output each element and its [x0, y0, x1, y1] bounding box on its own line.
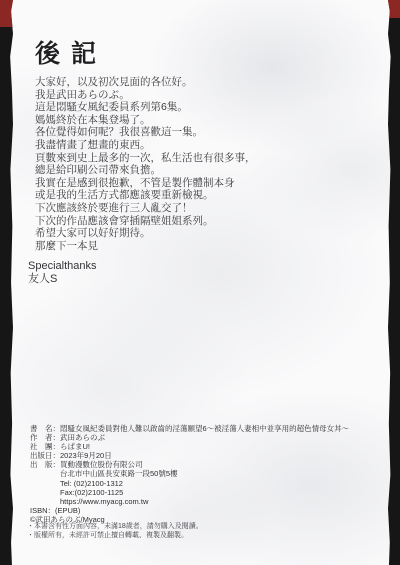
colophon-value: らぱまU!: [60, 442, 90, 451]
body-line: 各位覺得如何呢？我很喜歡這一集。: [35, 126, 256, 139]
special-thanks-label: Specialthanks: [28, 260, 97, 273]
afterword-page: 後記 大家好，以及初次見面的各位好。 我是武田あらのぶ。 這是悶騷女風紀委員系列…: [0, 0, 400, 565]
special-thanks-name: 友人S: [28, 273, 97, 286]
scan-edge-right: [388, 0, 400, 565]
colophon-row-book-title: 書 名：悶騷女風紀委員對他人難以啟齒的淫蕩願望6～被淫蕩人妻相中並享用的超色情母…: [30, 424, 349, 433]
closing-line: 那麼下一本見: [35, 238, 98, 253]
colophon-value: 2023年9月20日: [60, 451, 112, 460]
body-line: 大家好，以及初次見面的各位好。: [35, 76, 256, 89]
body-line: 頁數來到史上最多的一次，私生活也有很多事，: [35, 152, 256, 165]
body-line: 總是給印刷公司帶來負擔。: [35, 164, 256, 177]
body-line: 我盡情畫了想畫的東西。: [35, 139, 256, 152]
body-line: 或是我的生活方式都應該要重新檢視。: [35, 189, 256, 202]
isbn-value: (EPUB): [55, 506, 80, 515]
publisher-tel: Tel: (02)2100-1312: [30, 479, 349, 488]
body-line: 我實在是感到很抱歉，不管是製作體制本身: [35, 177, 256, 190]
afterword-body: 大家好，以及初次見面的各位好。 我是武田あらのぶ。 這是悶騷女風紀委員系列第6集…: [35, 76, 256, 240]
body-line: 下次應該終於要進行三人亂交了！: [35, 202, 256, 215]
body-line: 這是悶騷女風紀委員系列第6集。: [35, 101, 256, 114]
footer-note: ・版權所有，未經許可禁止擅自轉載、複製及翻製。: [27, 531, 203, 540]
scan-edge-right-red-tip: [388, 0, 400, 18]
colophon: 書 名：悶騷女風紀委員對他人難以啟齒的淫蕩願望6～被淫蕩人妻相中並享用的超色情母…: [30, 424, 349, 524]
colophon-value: 武田あらのぶ: [60, 433, 105, 442]
special-thanks: Specialthanks 友人S: [28, 260, 97, 286]
body-line: 媽媽終於在本集登場了。: [35, 114, 256, 127]
isbn-label: ISBN：: [30, 506, 55, 515]
colophon-label: 作 者：: [30, 433, 60, 442]
body-line: 我是武田あらのぶ。: [35, 89, 256, 102]
publisher-address: 台北市中山區長安東路一段50號5樓: [30, 469, 349, 478]
colophon-label: 出版日：: [30, 451, 60, 460]
body-line: 下次的作品應該會穿插隔壁姐姐系列。: [35, 215, 256, 228]
colophon-row-circle: 社 團：らぱまU!: [30, 442, 349, 451]
scan-edge-left-red-tip: [0, 0, 13, 27]
colophon-label: 書 名：: [30, 424, 60, 433]
page-title: 後記: [35, 34, 107, 70]
colophon-row-isbn: ISBN：(EPUB): [30, 506, 349, 515]
colophon-row-author: 作 者：武田あらのぶ: [30, 433, 349, 442]
scan-edge-left: [0, 0, 13, 565]
footer-note: ・本書含有性方面內容，未滿18歲者，請勿購入及閱讀。: [27, 522, 203, 531]
colophon-row-pubdate: 出版日：2023年9月20日: [30, 451, 349, 460]
colophon-value: 悶騷女風紀委員對他人難以啟齒的淫蕩願望6～被淫蕩人妻相中並享用的超色情母女丼～: [60, 424, 349, 433]
publisher-fax: Fax:(02)2100-1125: [30, 488, 349, 497]
colophon-label: 社 團：: [30, 442, 60, 451]
publisher-url: https://www.myacg.com.tw: [30, 497, 349, 506]
colophon-label: 出 版：: [30, 460, 60, 469]
footer-notes: ・本書含有性方面內容，未滿18歲者，請勿購入及閱讀。 ・版權所有，未經許可禁止擅…: [27, 522, 203, 540]
